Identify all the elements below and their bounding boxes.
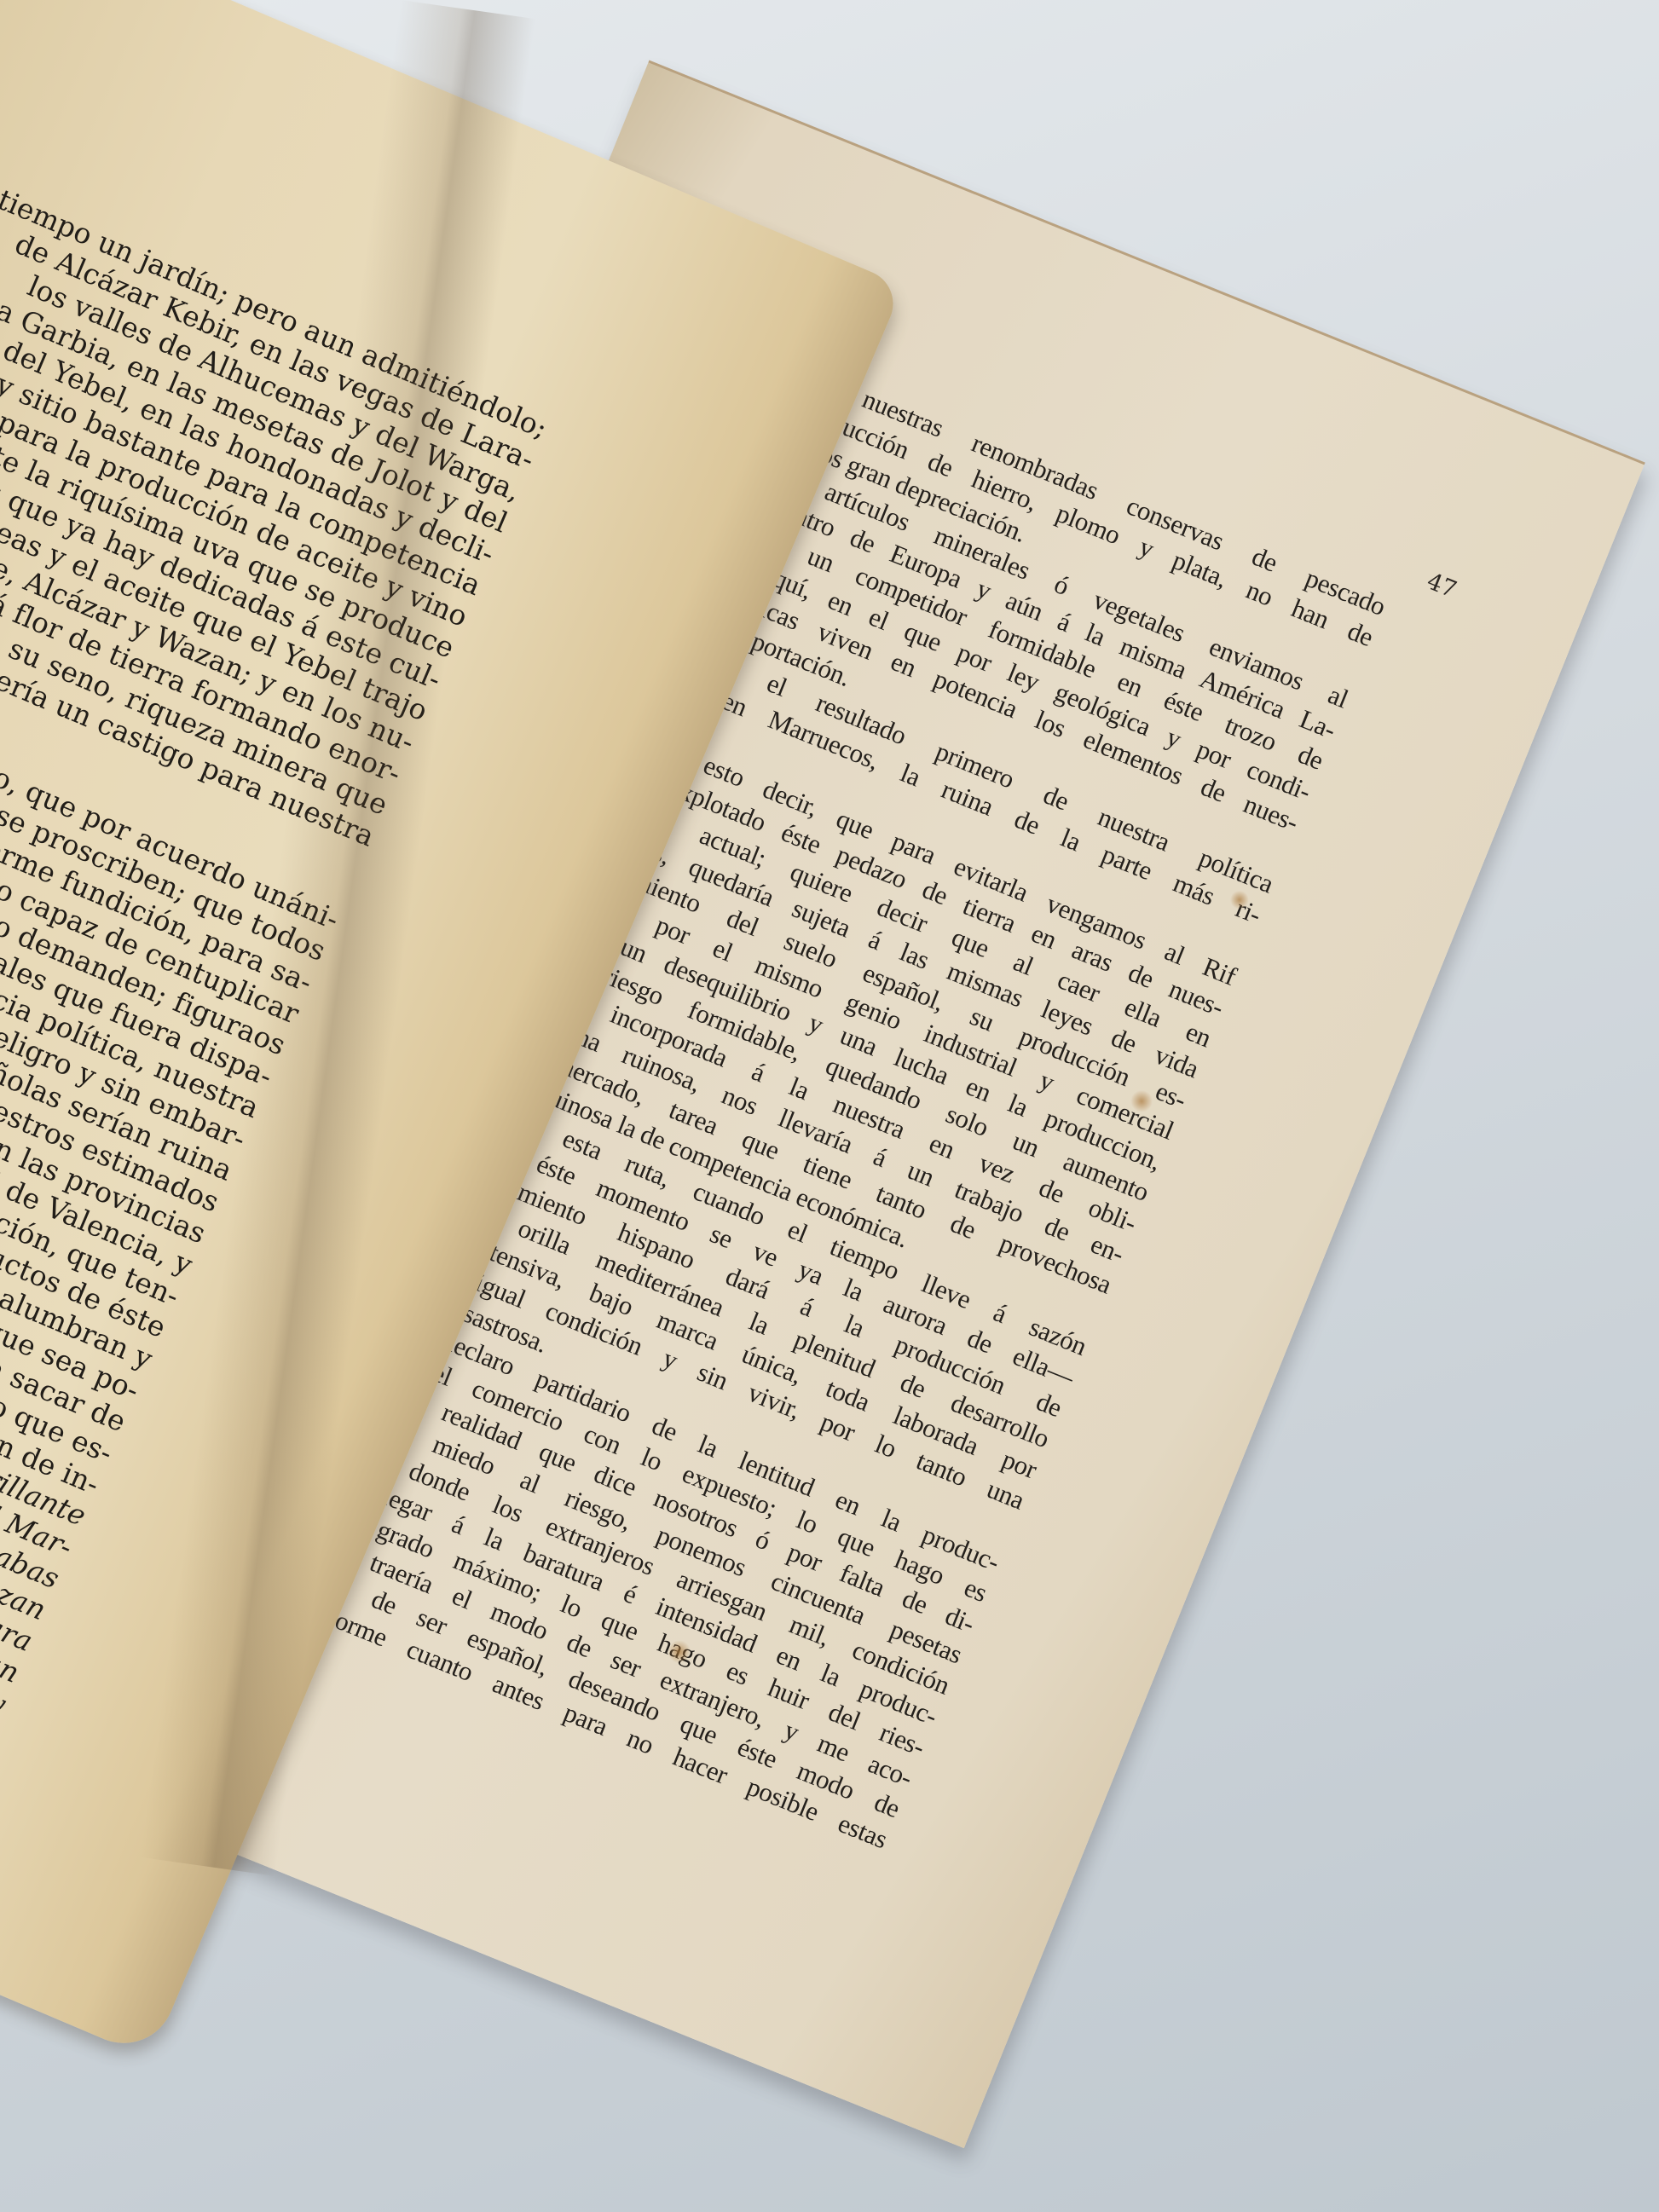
page-number: 47 — [1423, 568, 1460, 604]
book-photo-scene: 47 derivadas, si nuestras renombradas co… — [0, 0, 1659, 2212]
